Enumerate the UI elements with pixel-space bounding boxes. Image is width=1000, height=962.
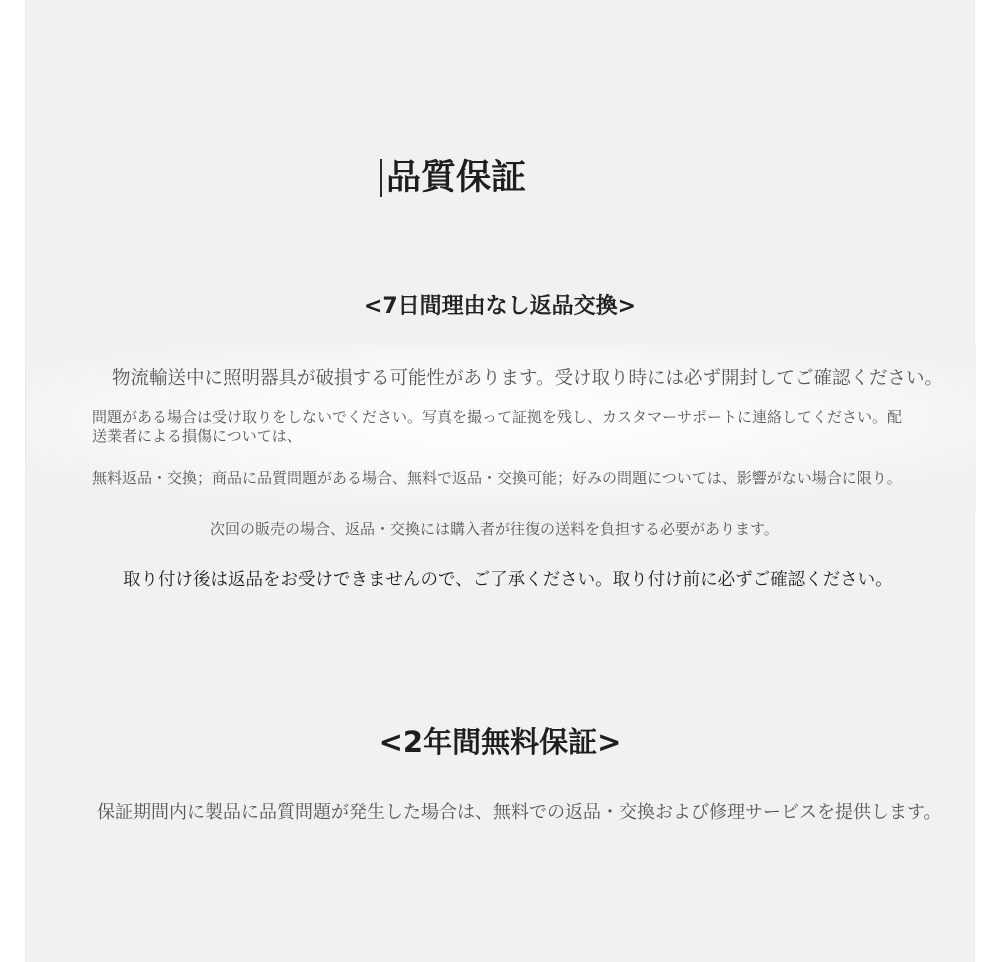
return-policy-line-shipping-cost: 次回の販売の場合、返品・交換には購入者が往復の送料を負担する必要があります。: [210, 518, 779, 539]
title-bar-icon: [380, 159, 382, 197]
page-title: 品質保証: [380, 150, 526, 200]
return-policy-heading: <7日間理由なし返品交換>: [0, 289, 1000, 320]
warranty-line-service: 保証期間内に製品に品質問題が発生した場合は、無料での返品・交換および修理サービス…: [97, 798, 942, 824]
page-title-text: 品質保証: [386, 158, 526, 198]
return-policy-line-damage: 問題がある場合は受け取りをしないでください。写真を撮って証拠を残し、カスタマーサ…: [92, 408, 907, 446]
return-policy-line-installation-notice: 取り付け後は返品をお受けできませんので、ご了承ください。取り付け前に必ずご確認く…: [123, 566, 893, 591]
warranty-heading: <2年間無料保証>: [0, 720, 1000, 761]
return-policy-line-inspection: 物流輸送中に照明器具が破損する可能性があります。受け取り時には必ず開封してご確認…: [112, 364, 943, 390]
return-policy-line-free-return: 無料返品・交換；商品に品質問題がある場合、無料で返品・交換可能；好みの問題につい…: [92, 467, 902, 488]
